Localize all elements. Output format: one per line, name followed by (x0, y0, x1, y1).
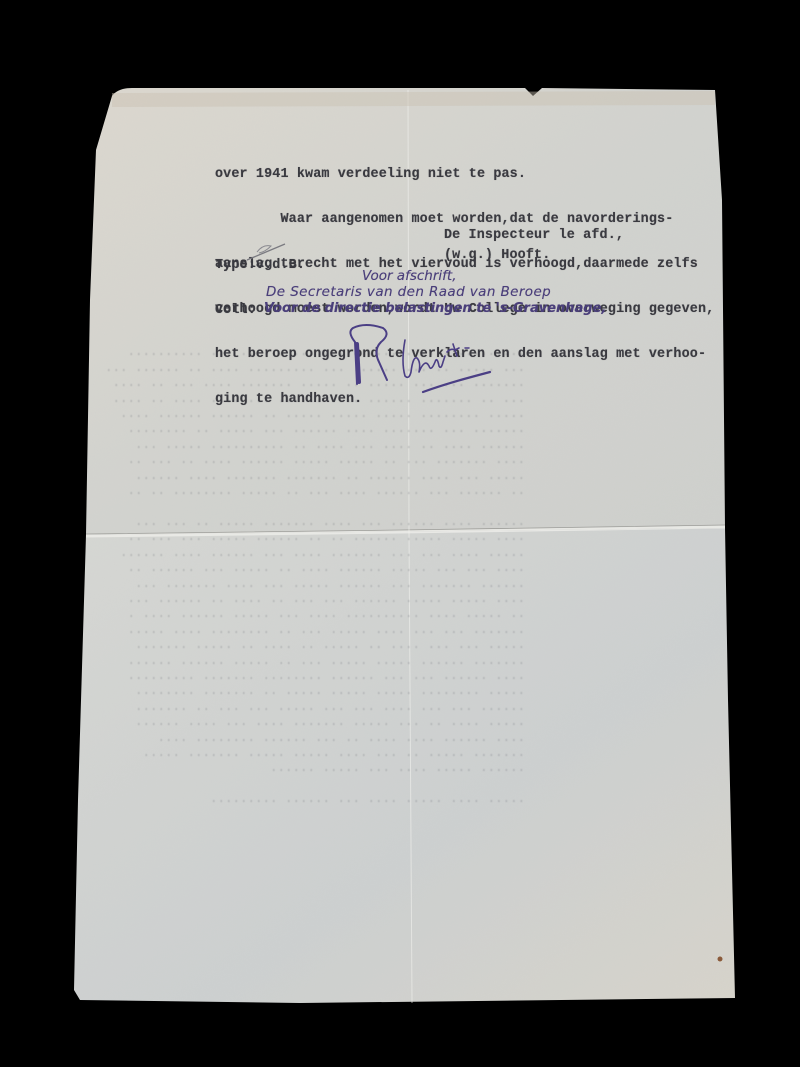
signatory-title: De Inspecteur le afd., (444, 228, 624, 243)
coll-initials-scribble (245, 238, 290, 263)
document-sheet: ......... .... ...... ..... ... ... .. .… (0, 0, 800, 1067)
body-line: over 1941 kwam verdeeling niet te pas. (215, 167, 714, 182)
stamp-copy-line: Voor afschrift, (362, 268, 456, 284)
signatory-name: (w.g.) Hooft. (444, 248, 550, 263)
stamp-directorate-line: Voor de directie belastingen te 's-Grave… (264, 301, 606, 316)
stamp-secretary-line: De Secretaris van den Raad van Beroep (266, 284, 551, 300)
body-line: Waar aangenomen moet worden,dat de navor… (215, 212, 714, 227)
handwritten-signature (335, 322, 505, 402)
